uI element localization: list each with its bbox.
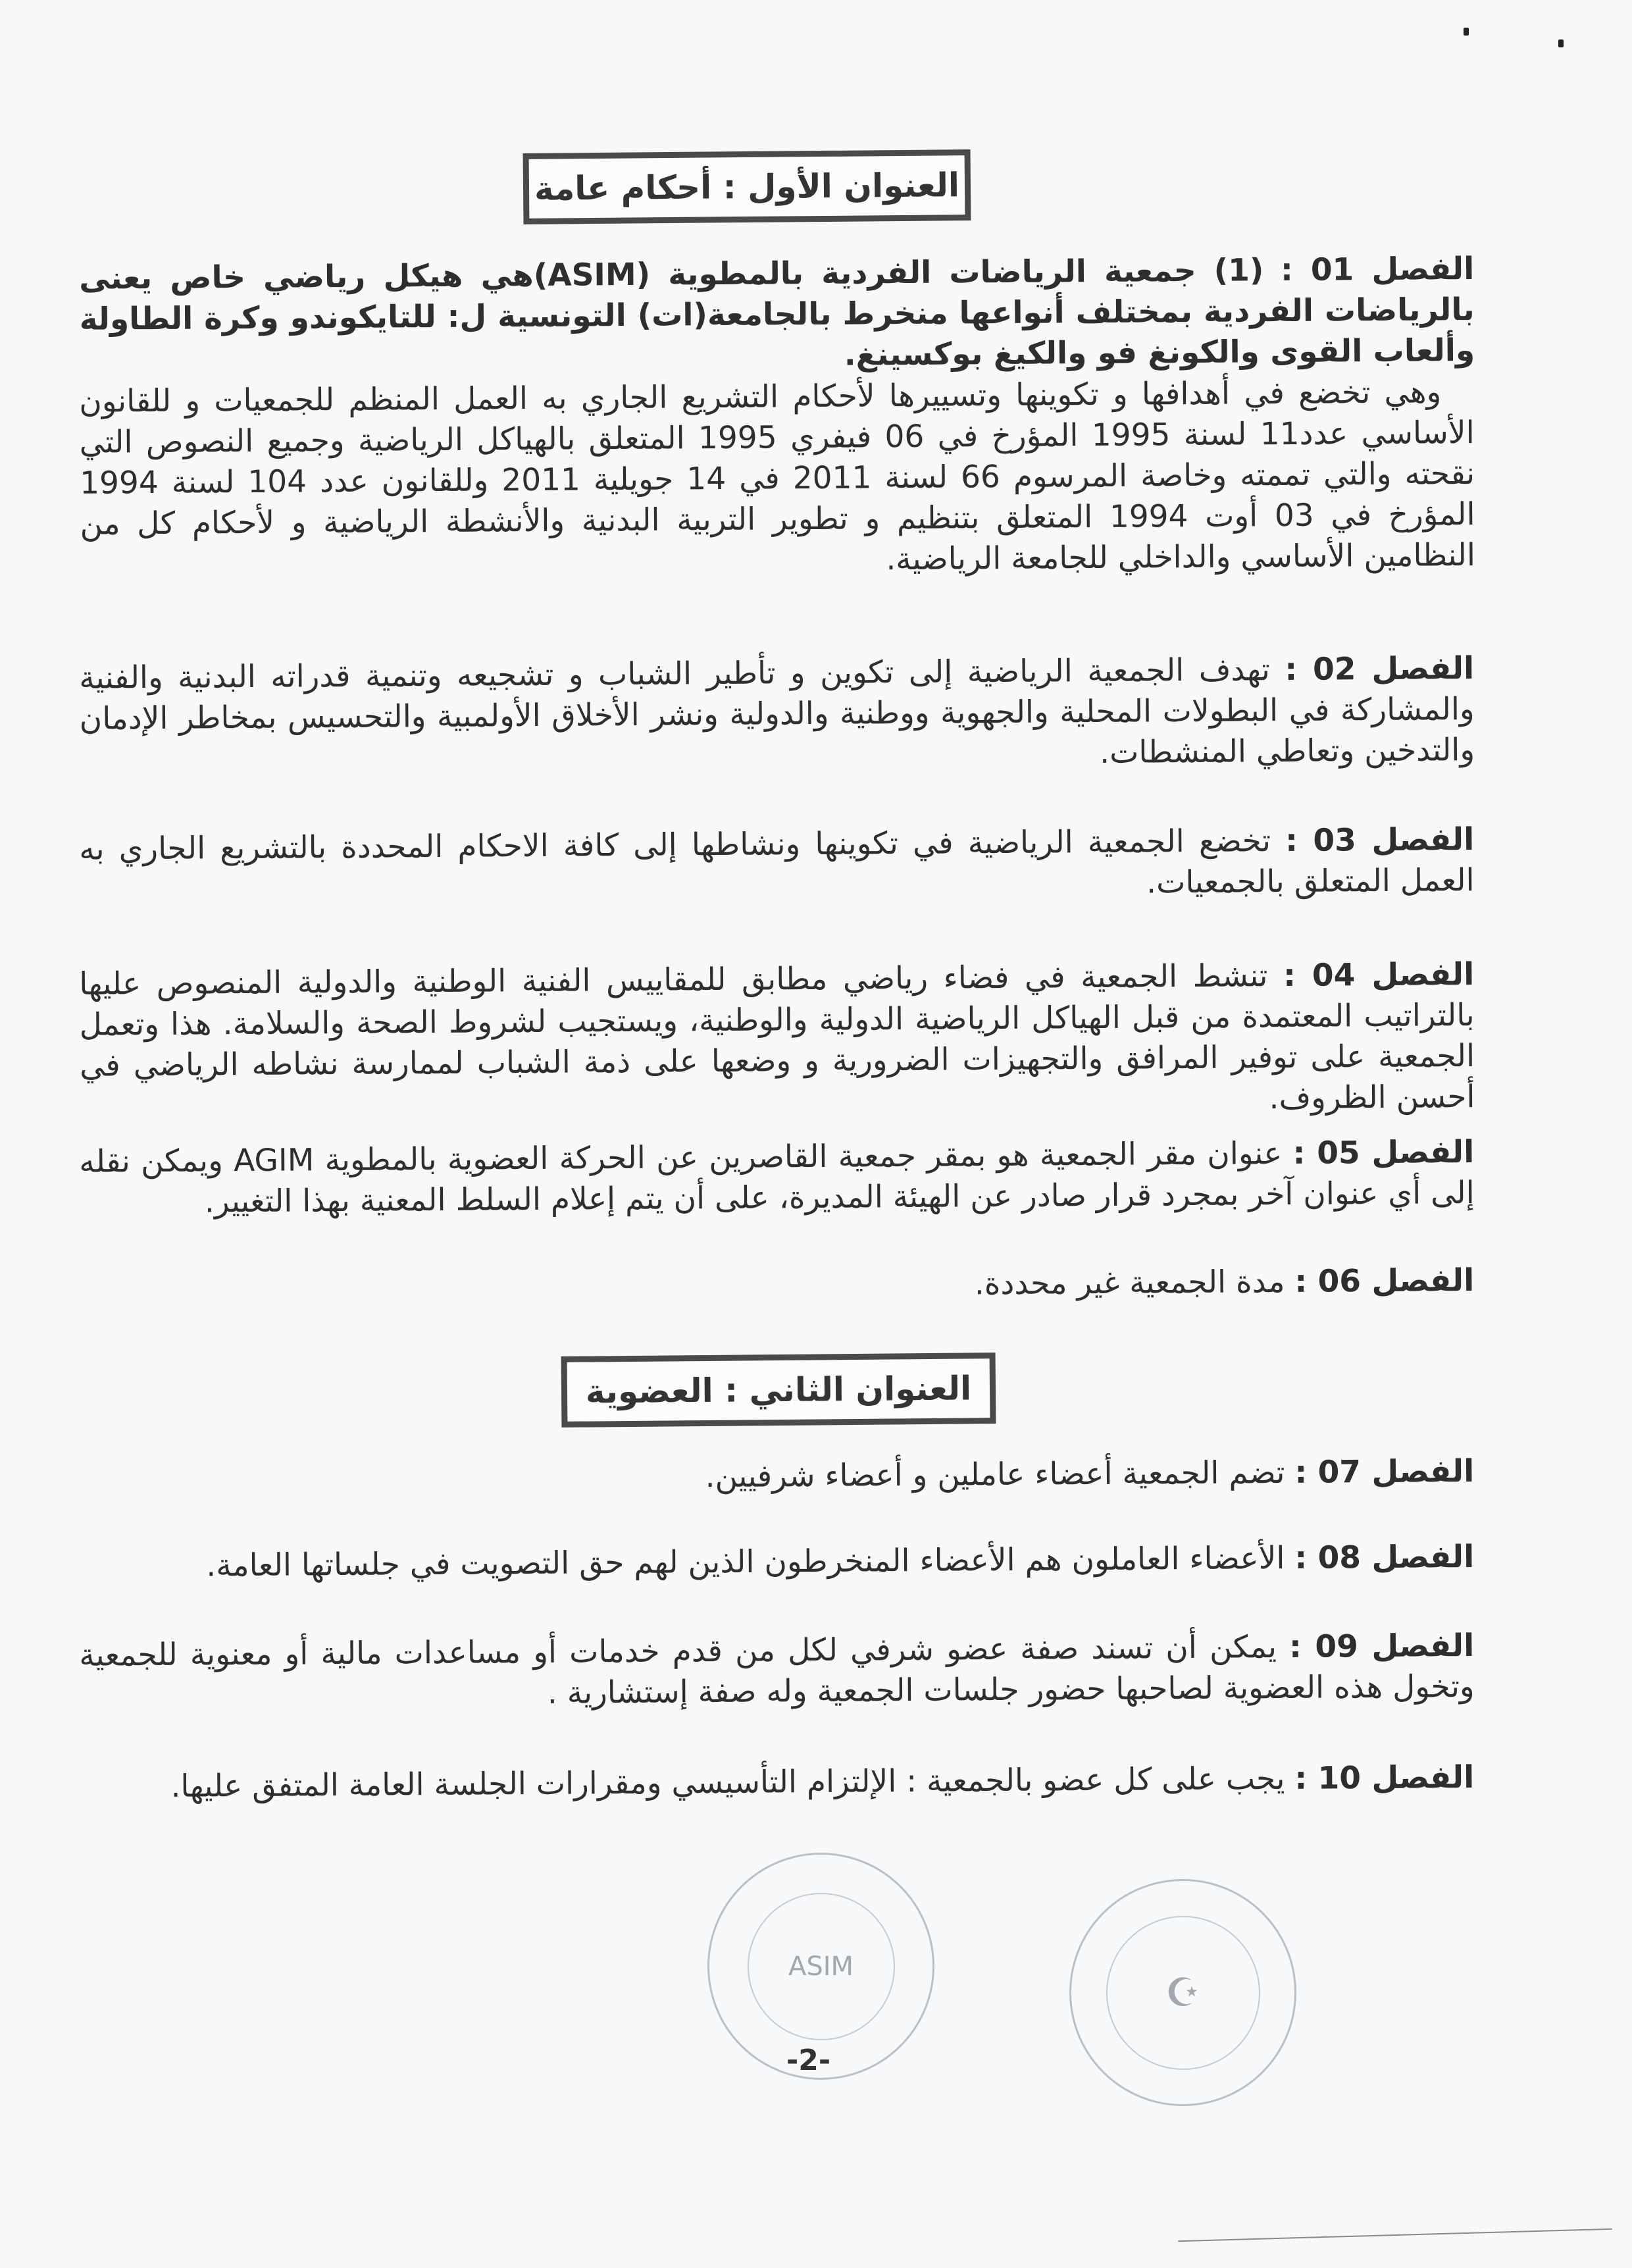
section-title-general-provisions: العنوان الأول : أحكام عامة [523,149,971,224]
article-02: الفصل 02 : تهدف الجمعية الرياضية إلى تكو… [79,648,1475,781]
article-01-paragraph-2: وهي تخضع في أهدافها و تكوينها وتسييرها ل… [79,372,1475,586]
article-04: الفصل 04 : تنشط الجمعية في فضاء رياضي مط… [79,954,1475,1127]
article-text: يجب على كل عضو بالجمعية : الإلتزام التأس… [170,1761,1285,1805]
article-text: تهدف الجمعية الرياضية إلى تكوين و تأطير … [79,652,1475,771]
scan-mark [1464,28,1469,36]
article-label: الفصل 03 : [1285,821,1474,859]
article-01: الفصل 01 : (1) جمعية الرياضات الفردية با… [79,249,1475,381]
scan-mark [1558,39,1564,47]
article-label: الفصل 06 : [1294,1262,1474,1300]
article-08: الفصل 08 : الأعضاء العاملون هم الأعضاء ا… [79,1537,1474,1587]
article-label: الفصل 09 : [1289,1628,1475,1665]
article-text: (1) جمعية الرياضات الفردية بالمطوية (ASI… [79,252,1475,373]
article-text: الأعضاء العاملون هم الأعضاء المنخرطون ال… [206,1540,1285,1584]
tunisia-emblem-icon: ☪ [1165,1970,1201,2016]
article-label: الفصل 02 : [1285,650,1474,688]
section-title-membership: العنوان الثاني : العضوية [561,1353,996,1428]
article-text: عنوان مقر الجمعية هو بمقر جمعية القاصرين… [79,1135,1475,1220]
article-label: الفصل 01 : [1281,251,1475,288]
article-10: الفصل 10 : يجب على كل عضو بالجمعية : الإ… [79,1757,1474,1808]
page-number: -2- [786,2044,830,2077]
article-text: وهي تخضع في أهدافها و تكوينها وتسييرها ل… [79,374,1475,577]
article-09: الفصل 09 : يمكن أن تسند صفة عضو شرفي لكل… [79,1626,1475,1717]
article-label: الفصل 08 : [1294,1539,1474,1576]
stamp-text: ASIM [788,1951,854,1982]
article-06: الفصل 06 : مدة الجمعية غير محددة. [79,1260,1474,1311]
article-text: تخضع الجمعية الرياضية في تكوينها ونشاطها… [79,823,1475,900]
article-text: تنشط الجمعية في فضاء رياضي مطابق للمقايي… [79,958,1475,1116]
article-text: مدة الجمعية غير محددة. [975,1264,1285,1302]
article-text: يمكن أن تسند صفة عضو شرفي لكل من قدم خدم… [79,1629,1475,1711]
article-label: الفصل 10 : [1294,1759,1474,1797]
ministry-stamp-icon: ☪ [1069,1879,1296,2106]
article-label: الفصل 07 : [1294,1453,1474,1491]
document-page: العنوان الأول : أحكام عامة الفصل 01 : (1… [0,0,1632,2268]
article-07: الفصل 07 : تضم الجمعية أعضاء عاملين و أع… [79,1451,1474,1502]
article-text: تضم الجمعية أعضاء عاملين و أعضاء شرفيين. [705,1455,1285,1495]
article-label: الفصل 05 : [1293,1134,1475,1172]
article-05: الفصل 05 : عنوان مقر الجمعية هو بمقر جمع… [79,1132,1475,1224]
article-03: الفصل 03 : تخضع الجمعية الرياضية في تكوي… [79,819,1475,911]
article-label: الفصل 04 : [1283,956,1474,994]
footer-divider [1178,2229,1612,2242]
